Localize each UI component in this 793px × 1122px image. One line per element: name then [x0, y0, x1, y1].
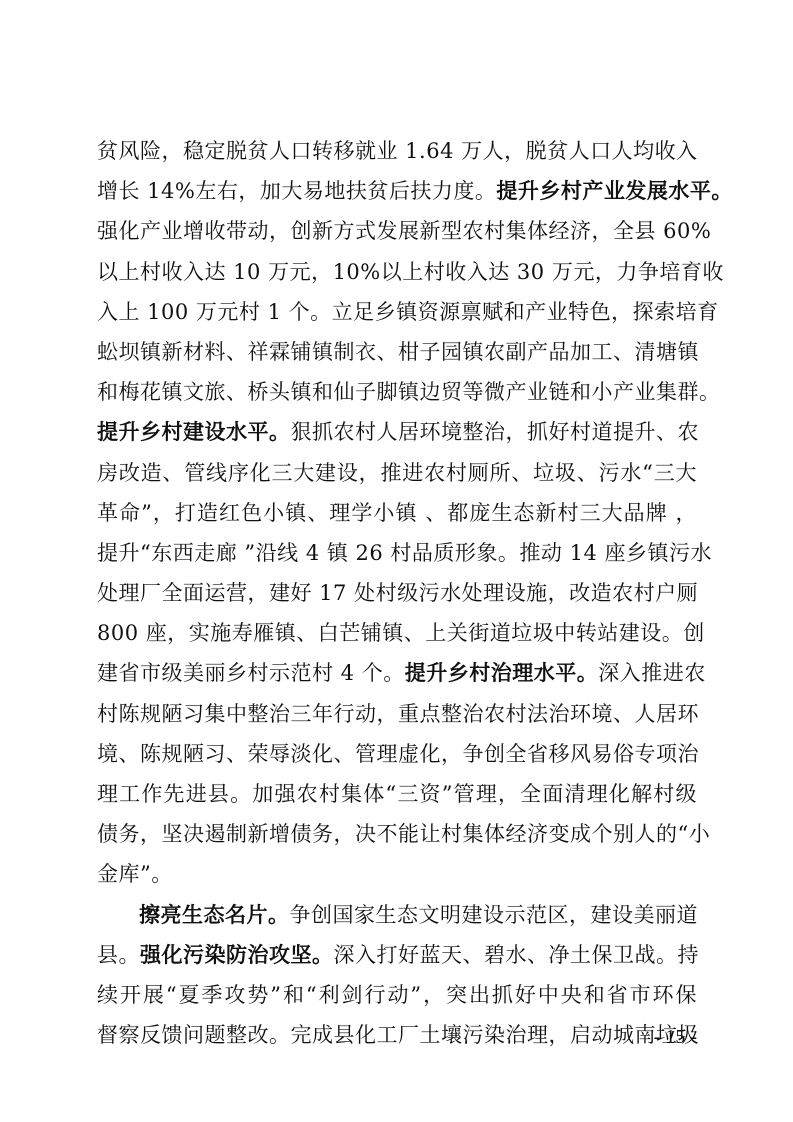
text-line: 800 座，实施寿雁镇、白芒铺镇、上关街道垃圾中转站建设。创: [97, 613, 697, 653]
text-line: 房改造、管线序化三大建设，推进农村厕所、垃圾、污水“三大: [97, 453, 697, 493]
text-segment: 增长 14%左右，加大易地扶贫后扶力度。: [97, 179, 496, 203]
text-line: 续开展“夏季攻势”和“利剑行动”，突出抓好中央和省市环保: [97, 975, 697, 1015]
text-segment: 金库”。: [97, 862, 173, 886]
text-line: 入上 100 万元村 1 个。立足乡镇资源禀赋和产业特色，探索培育: [97, 292, 697, 332]
text-line: 革命”，打造红色小镇、理学小镇 、都庞生态新村三大品牌 ，: [97, 493, 697, 533]
text-segment: 境、陈规陋习、荣辱淡化、管理虚化，争创全省移风易俗专项治: [97, 742, 699, 766]
text-segment: 和梅花镇文旅、桥头镇和仙子脚镇边贸等微产业链和小产业集群。: [97, 380, 721, 404]
text-line: 擦亮生态名片。争创国家生态文明建设示范区，建设美丽道: [97, 895, 697, 935]
text-segment: 处理厂全面运营，建好 17 处村级污水处理设施，改造农村户厕: [97, 581, 698, 605]
text-segment: 房改造、管线序化三大建设，推进农村厕所、垃圾、污水“三大: [97, 461, 697, 485]
text-line: 债务，坚决遏制新增债务，决不能让村集体经济变成个别人的“小: [97, 814, 697, 854]
text-segment: 县。: [97, 943, 140, 967]
bold-heading-phrase: 强化污染防治攻坚。: [140, 943, 334, 967]
text-segment: 债务，坚决遏制新增债务，决不能让村集体经济变成个别人的“小: [97, 822, 710, 846]
text-segment: 贫风险，稳定脱贫人口转移就业 1.64 万人，脱贫人口人均收入: [97, 139, 698, 163]
text-segment: 理工作先进县。加强农村集体“三资”管理，全面清理化解村级: [97, 782, 697, 806]
text-segment: 以上村收入达 10 万元，10%以上村收入达 30 万元，力争培育收: [97, 260, 724, 284]
text-segment: 入上 100 万元村 1 个。立足乡镇资源禀赋和产业特色，探索培育: [97, 300, 719, 324]
text-line: 贫风险，稳定脱贫人口转移就业 1.64 万人，脱贫人口人均收入: [97, 131, 697, 171]
document-page: 贫风险，稳定脱贫人口转移就业 1.64 万人，脱贫人口人均收入增长 14%左右，…: [0, 0, 793, 1122]
text-segment: 争创国家生态文明建设示范区，建设美丽道: [290, 903, 699, 927]
text-line: 境、陈规陋习、荣辱淡化、管理虚化，争创全省移风易俗专项治: [97, 734, 697, 774]
text-segment: 狠抓农村人居环境整治，抓好村道提升、农: [291, 420, 700, 444]
text-segment: 村陈规陋习集中整治三年行动，重点整治农村法治环境、人居环: [97, 702, 699, 726]
text-segment: 强化产业增收带动，创新方式发展新型农村集体经济，全县 60%: [97, 219, 711, 243]
bold-heading-phrase: 提升乡村治理水平。: [405, 661, 599, 685]
text-segment: 深入推进农: [598, 661, 706, 685]
text-segment: 800 座，实施寿雁镇、白芒铺镇、上关街道垃圾中转站建设。创: [97, 621, 705, 645]
text-segment: 革命”，打造红色小镇、理学小镇 、都庞生态新村三大品牌 ，: [97, 501, 697, 525]
bold-heading-phrase: 擦亮生态名片。: [139, 903, 290, 927]
text-segment: 深入打好蓝天、碧水、净土保卫战。持: [334, 943, 700, 967]
text-segment: 建省市级美丽乡村示范村 4 个。: [97, 661, 405, 685]
text-line: 金库”。: [97, 854, 697, 894]
body-text: 贫风险，稳定脱贫人口转移就业 1.64 万人，脱贫人口人均收入增长 14%左右，…: [97, 131, 697, 1055]
text-line: 和梅花镇文旅、桥头镇和仙子脚镇边贸等微产业链和小产业集群。: [97, 372, 697, 412]
text-segment: 督察反馈问题整改。完成县化工厂土壤污染治理，启动城南垃圾: [97, 1023, 699, 1047]
text-line: 县。强化污染防治攻坚。深入打好蓝天、碧水、净土保卫战。持: [97, 935, 697, 975]
text-segment: 蚣坝镇新材料、祥霖铺镇制衣、柑子园镇农副产品加工、清塘镇: [97, 340, 699, 364]
text-line: 理工作先进县。加强农村集体“三资”管理，全面清理化解村级: [97, 774, 697, 814]
bold-heading-phrase: 提升乡村产业发展水平。: [496, 179, 733, 203]
text-line: 增长 14%左右，加大易地扶贫后扶力度。提升乡村产业发展水平。: [97, 171, 697, 211]
text-line: 强化产业增收带动，创新方式发展新型农村集体经济，全县 60%: [97, 211, 697, 251]
bold-heading-phrase: 提升乡村建设水平。: [97, 420, 291, 444]
text-line: 村陈规陋习集中整治三年行动，重点整治农村法治环境、人居环: [97, 694, 697, 734]
text-line: 提升乡村建设水平。狠抓农村人居环境整治，抓好村道提升、农: [97, 412, 697, 452]
text-line: 督察反馈问题整改。完成县化工厂土壤污染治理，启动城南垃圾: [97, 1015, 697, 1055]
text-line: 建省市级美丽乡村示范村 4 个。提升乡村治理水平。深入推进农: [97, 653, 697, 693]
text-line: 提升“东西走廊 ”沿线 4 镇 26 村品质形象。推动 14 座乡镇污水: [97, 533, 697, 573]
text-segment: 续开展“夏季攻势”和“利剑行动”，突出抓好中央和省市环保: [97, 983, 697, 1007]
text-line: 处理厂全面运营，建好 17 处村级污水处理设施，改造农村户厕: [97, 573, 697, 613]
text-segment: 提升“东西走廊 ”沿线 4 镇 26 村品质形象。推动 14 座乡镇污水: [97, 541, 712, 565]
page-number: - 15 -: [654, 1026, 697, 1049]
text-line: 以上村收入达 10 万元，10%以上村收入达 30 万元，力争培育收: [97, 252, 697, 292]
text-line: 蚣坝镇新材料、祥霖铺镇制衣、柑子园镇农副产品加工、清塘镇: [97, 332, 697, 372]
